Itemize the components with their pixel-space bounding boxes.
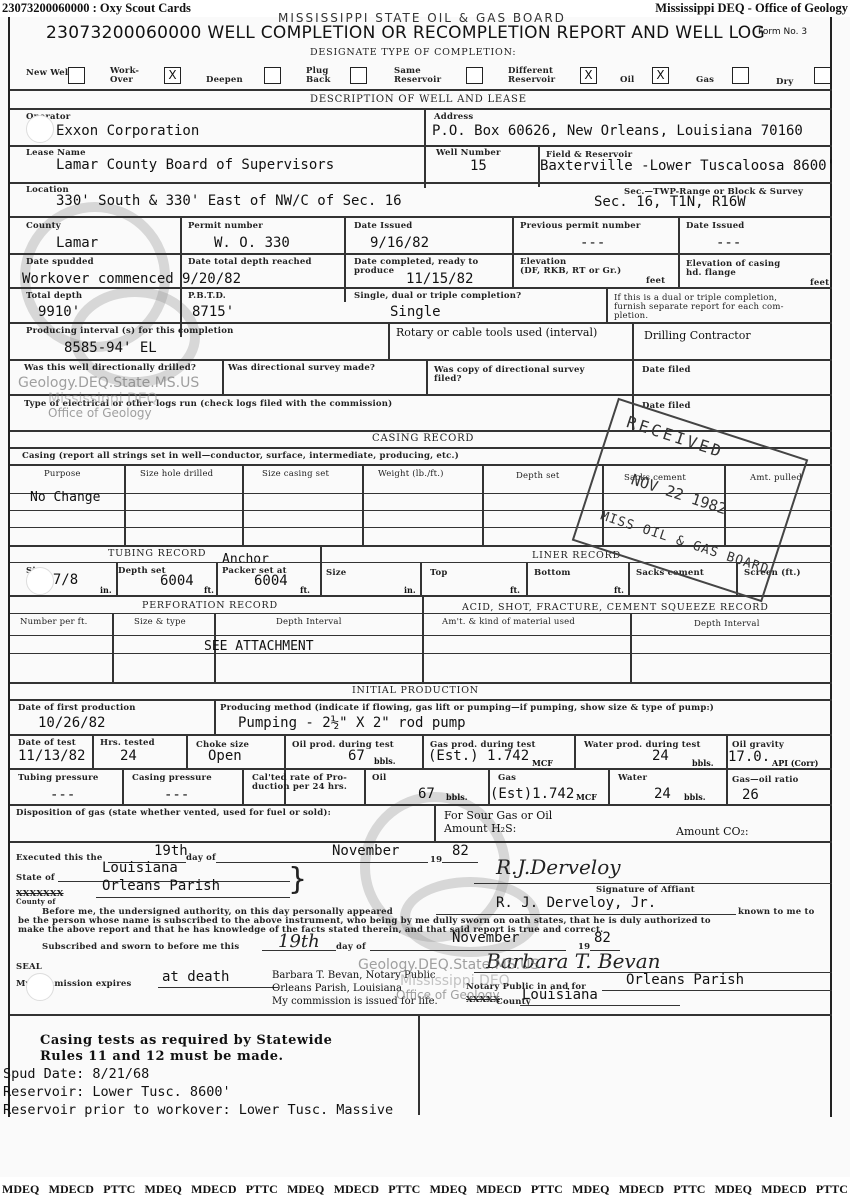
str-value: Sec. 16, T1N, R16W	[594, 194, 746, 210]
calc-oil-unit: bbls.	[446, 792, 468, 802]
checkbox-workover[interactable]: X	[164, 67, 181, 84]
checkbox-new-well[interactable]	[68, 67, 85, 84]
acid-col-depth: Depth Interval	[694, 619, 760, 629]
rotary-tools-label: Rotary or cable tools used (interval)	[396, 326, 597, 339]
footer-item: PTTC	[816, 1181, 848, 1198]
checkbox-deepen[interactable]	[264, 67, 281, 84]
footer-item: MDEQ	[145, 1181, 182, 1198]
address-label: Address	[434, 112, 473, 122]
calc-oil-label: Oil	[372, 773, 386, 783]
test-date-label: Date of test	[18, 738, 76, 748]
total-depth-value: 9910'	[38, 304, 80, 320]
executed-label: Executed this the	[16, 853, 103, 863]
tubing-size-unit: in.	[100, 585, 112, 595]
casing-col-size-casing: Size casing set	[262, 469, 329, 479]
gas-oil-ratio-label: Gas—oil ratio	[732, 775, 799, 785]
section-title-initial-production: INITIAL PRODUCTION	[352, 685, 479, 696]
water-test-label: Water prod. during test	[584, 740, 701, 750]
footer-item: MDECD	[761, 1181, 806, 1198]
watermark-office: Office of Geology	[48, 406, 152, 420]
copy-survey-label-2: filed?	[434, 374, 462, 384]
casing-elevation-label-2: hd. flange	[686, 268, 736, 278]
perforation-note: SEE ATTACHMENT	[204, 639, 314, 654]
note-reservoir: Reservoir: Lower Tusc. 8600'	[3, 1084, 231, 1100]
document-id-title: 23073200060000 : Oxy Scout Cards	[2, 0, 191, 17]
footer-agencies: MDEQ MDECD PTTC MDEQ MDECD PTTC MDEQ MDE…	[0, 1181, 850, 1198]
casing-pressure-value: ---	[164, 787, 189, 803]
footer-item: PTTC	[531, 1181, 563, 1198]
tubing-pressure-label: Tubing pressure	[18, 773, 98, 783]
note-rules: Rules 11 and 12 must be made.	[40, 1049, 284, 1064]
well-number-label: Well Number	[436, 148, 501, 158]
oil-test-label: Oil prod. during test	[292, 740, 394, 750]
footer-item: MDEQ	[430, 1181, 467, 1198]
footer-item: PTTC	[246, 1181, 278, 1198]
date-filed-label: Date filed	[642, 365, 691, 375]
perf-col-size-type: Size & type	[134, 617, 186, 627]
brace-icon: }	[288, 863, 307, 897]
state-label: State of	[16, 873, 55, 883]
checkbox-label-gas: Gas	[696, 75, 714, 85]
calc-water-unit: bbls.	[684, 792, 706, 802]
calc-gas-label: Gas	[498, 773, 516, 783]
water-test-value: 24	[652, 748, 669, 764]
checkbox-different-reservoir[interactable]: X	[580, 67, 597, 84]
directional-drilled-label: Was this well directionally drilled?	[24, 363, 196, 373]
footer-item: MDECD	[619, 1181, 664, 1198]
checkbox-label-oil: Oil	[620, 75, 634, 85]
form-title: 23073200060000 WELL COMPLETION OR RECOMP…	[46, 23, 765, 43]
casing-instruction: Casing (report all strings set in well—c…	[22, 451, 459, 461]
footer-item: PTTC	[103, 1181, 135, 1198]
checkbox-plug-back[interactable]	[350, 67, 367, 84]
commission-expires-value: at death	[162, 969, 229, 985]
previous-permit-value: ---	[580, 235, 605, 251]
previous-date-issued-value: ---	[716, 235, 741, 251]
state-value: Louisiana	[102, 860, 178, 876]
gas-test-value: (Est.) 1.742	[428, 748, 529, 764]
footer-item: MDEQ	[572, 1181, 609, 1198]
previous-date-issued-label: Date Issued	[686, 221, 744, 231]
casing-col-weight: Weight (lb./ft.)	[378, 469, 444, 479]
footer-item: MDECD	[476, 1181, 521, 1198]
section-title-perforation: PERFORATION RECORD	[142, 600, 278, 611]
note-casing-tests: Casing tests as required by Statewide	[40, 1033, 332, 1048]
liner-top-unit: ft.	[510, 585, 520, 595]
permit-number-label: Permit number	[188, 221, 263, 231]
calc-water-label: Water	[618, 773, 647, 783]
note-prior-reservoir: Reservoir prior to workover: Lower Tusc.…	[3, 1102, 393, 1118]
affiant-signature: R.J.Derveloy	[496, 855, 621, 879]
acid-col-material: Am't. & kind of material used	[442, 617, 575, 627]
tubing-depth-label: Depth set	[118, 566, 166, 576]
executed-year-value: 82	[452, 843, 469, 859]
elevation-unit: feet	[646, 276, 665, 286]
field-reservoir-value: Baxterville -Lower Tuscaloosa 8600'	[540, 158, 835, 174]
watermark-agency-2: Mississippi DEQ	[400, 973, 510, 989]
permit-number-value: W. O. 330	[214, 235, 290, 251]
sour-gas-label: For Sour Gas or Oil	[444, 809, 552, 822]
date-issued-label: Date Issued	[354, 221, 412, 231]
footer-item: MDEQ	[287, 1181, 324, 1198]
tubing-depth-unit: ft.	[204, 585, 214, 595]
watermark-url: Geology.DEQ.State.MS.US	[18, 375, 199, 391]
drilling-contractor-label: Drilling Contractor	[644, 329, 751, 342]
watermark-agency: Mississippi DEQ	[48, 391, 158, 407]
subscribed-label: Subscribed and sworn to before me this	[42, 942, 239, 952]
producing-method-value: Pumping - 2½" X 2" rod pump	[238, 715, 466, 731]
lease-name-value: Lamar County Board of Supervisors	[56, 157, 334, 173]
pbtd-value: 8715'	[192, 304, 234, 320]
affiant-name: R. J. Derveloy, Jr.	[496, 895, 656, 911]
producing-interval-label: Producing interval (s) for this completi…	[26, 326, 233, 336]
checkbox-label-same-reservoir: Same Reservoir	[394, 67, 444, 85]
checkbox-label-new-well: New Well	[26, 69, 72, 78]
completion-kind-value: Single	[390, 304, 441, 320]
oil-test-unit: bbls.	[374, 756, 396, 766]
punch-hole-icon	[26, 567, 54, 595]
oil-gravity-unit: API (Corr)	[772, 758, 818, 768]
first-production-value: 10/26/82	[38, 715, 105, 731]
checkbox-oil[interactable]: X	[652, 67, 669, 84]
elevation-label-2: (DF, RKB, RT or Gr.)	[520, 266, 621, 276]
footer-item: PTTC	[388, 1181, 420, 1198]
completion-kind-label: Single, dual or triple completion?	[354, 291, 521, 301]
first-production-label: Date of first production	[18, 703, 136, 713]
executed-month-value: November	[332, 843, 399, 859]
footer-item: MDECD	[334, 1181, 379, 1198]
county-label: County	[26, 221, 61, 231]
watermark-office-2: Office of Geology	[396, 988, 500, 1002]
pbtd-label: P.B.T.D.	[188, 291, 226, 301]
subscribed-day-of-label: day of	[336, 942, 366, 952]
footer-item: MDECD	[49, 1181, 94, 1198]
checkbox-label-dry: Dry	[776, 77, 793, 87]
gas-test-unit: MCF	[532, 758, 553, 768]
liner-bottom-label: Bottom	[534, 568, 571, 578]
footer-item: MDEQ	[2, 1181, 39, 1198]
gas-disposition-label: Disposition of gas (state whether vented…	[16, 808, 331, 818]
operator-value: Exxon Corporation	[56, 123, 199, 139]
liner-bottom-unit: ft.	[614, 585, 624, 595]
executed-year-prefix: 19	[430, 855, 442, 865]
api-number: 23073200060000	[46, 23, 202, 43]
gas-oil-ratio-value: 26	[742, 787, 759, 803]
oil-test-value: 67	[348, 748, 365, 764]
casing-col-size-hole: Size hole drilled	[140, 469, 213, 479]
agency-title: Mississippi DEQ - Office of Geology	[655, 0, 848, 17]
subscribed-day-value: 19th	[278, 931, 320, 952]
checkbox-dry[interactable]	[814, 67, 831, 84]
total-depth-label: Total depth	[26, 291, 82, 301]
date-completed-label-2: produce	[354, 266, 394, 276]
calc-oil-value: 67	[418, 786, 435, 802]
designate-type-label: DESIGNATE TYPE OF COMPLETION:	[310, 47, 516, 58]
calc-gas-unit: MCF	[576, 792, 597, 802]
water-test-unit: bbls.	[692, 758, 714, 768]
note-spud-date: Spud Date: 8/21/68	[3, 1066, 149, 1082]
executed-day-of-label: day of	[186, 853, 216, 863]
checkbox-label-different-reservoir: Different Reservoir	[508, 67, 568, 85]
subscribed-month-value: November	[452, 930, 519, 946]
checkbox-label-workover: Work-Over	[110, 67, 150, 85]
executed-day-value: 19th	[154, 843, 188, 859]
checkbox-label-deepen: Deepen	[206, 75, 243, 85]
tubing-pressure-value: ---	[50, 787, 75, 803]
seal-label: SEAL	[16, 962, 42, 972]
signature-of-affiant-label: Signature of Affiant	[596, 885, 695, 895]
hrs-tested-value: 24	[120, 748, 137, 764]
td-reached-value: 9/20/82	[182, 271, 241, 287]
punch-hole-icon	[26, 115, 54, 143]
calc-rate-label-2: duction per 24 hrs.	[252, 782, 347, 792]
subscribed-year-value: 82	[594, 930, 611, 946]
footer-item: MDEQ	[715, 1181, 752, 1198]
hrs-tested-label: Hrs. tested	[100, 738, 155, 748]
perf-col-depth: Depth Interval	[276, 617, 342, 627]
oil-gravity-value: 17.0.	[728, 749, 770, 765]
checkbox-label-plug-back: Plug Back	[306, 67, 336, 85]
county-of-label: County of	[16, 897, 56, 906]
address-value: P.O. Box 60626, New Orleans, Louisiana 7…	[432, 123, 803, 139]
producing-interval-value: 8585-94' EL	[64, 340, 157, 356]
liner-size-label: Size	[326, 568, 346, 578]
checkbox-gas[interactable]	[732, 67, 749, 84]
checkbox-same-reservoir[interactable]	[466, 67, 483, 84]
date-completed-value: 11/15/82	[406, 271, 473, 287]
calc-water-value: 24	[654, 786, 671, 802]
location-value: 330' South & 330' East of NW/C of Sec. 1…	[56, 193, 402, 209]
choke-size-value: Open	[208, 748, 242, 764]
h2s-label: Amount H₂S:	[444, 822, 516, 835]
perf-col-number: Number per ft.	[20, 617, 88, 627]
dual-completion-note-3: pletion.	[614, 311, 648, 321]
notary-in-for-value: Orleans Parish	[626, 972, 744, 988]
liner-top-label: Top	[430, 568, 448, 578]
stamp-date: NOV 22 1982	[629, 470, 729, 518]
county-parish-value: Orleans Parish	[102, 878, 220, 894]
casing-row-1-purpose: No Change	[30, 490, 100, 505]
section-title-acid: ACID, SHOT, FRACTURE, CEMENT SQUEEZE REC…	[462, 602, 769, 613]
date-issued-value: 9/16/82	[370, 235, 429, 251]
previous-permit-label: Previous permit number	[520, 221, 641, 231]
footer-item: PTTC	[673, 1181, 705, 1198]
casing-col-depth-set: Depth set	[516, 471, 560, 481]
test-date-value: 11/13/82	[18, 748, 85, 764]
county-value: Lamar	[56, 235, 98, 251]
watermark-url-2: Geology.DEQ.State.MS.US	[358, 957, 539, 973]
packer-type-value: Anchor	[222, 552, 269, 567]
packer-set-value: 6004	[254, 573, 288, 589]
affidavit-paragraph-1-end: known to me to	[738, 907, 815, 917]
casing-pressure-label: Casing pressure	[132, 773, 212, 783]
td-reached-label: Date total depth reached	[188, 257, 312, 267]
date-spudded-label: Date spudded	[26, 257, 94, 267]
co2-label: Amount CO₂:	[676, 825, 749, 838]
packer-set-unit: ft.	[300, 585, 310, 595]
footer-item: MDECD	[191, 1181, 236, 1198]
section-title-well-lease: DESCRIPTION OF WELL AND LEASE	[310, 94, 527, 105]
well-number-value: 15	[470, 158, 487, 174]
producing-method-label: Producing method (indicate if flowing, g…	[220, 703, 714, 713]
form-title-text: WELL COMPLETION OR RECOMPLETION REPORT A…	[207, 23, 765, 43]
liner-size-unit: in.	[404, 585, 416, 595]
notary-parish: Orleans Parish, Louisiana	[272, 983, 402, 994]
notary-state-value: Louisiana	[522, 987, 598, 1003]
punch-hole-icon	[26, 973, 54, 1001]
section-title-tubing: TUBING RECORD	[108, 548, 206, 559]
tubing-depth-value: 6004	[160, 573, 194, 589]
date-spudded-value: Workover commenced	[22, 271, 174, 287]
scanned-document: MISSISSIPPI STATE OIL & GAS BOARD 230732…	[0, 17, 850, 1177]
section-title-casing: CASING RECORD	[372, 433, 474, 444]
casing-col-purpose: Purpose	[44, 469, 81, 479]
calc-gas-value: (Est)1.742	[490, 786, 574, 802]
directional-survey-label: Was directional survey made?	[228, 363, 375, 373]
form-number: Form No. 3	[758, 27, 807, 37]
